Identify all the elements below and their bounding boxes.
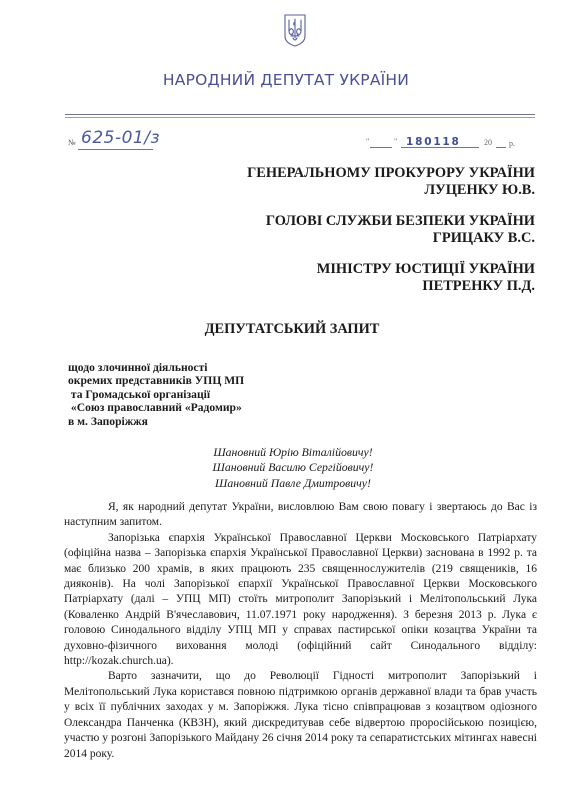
subject-block: щодо злочинної діяльності окремих предст… [68,361,244,428]
registration-date: " " 180118 20 р. [366,135,541,155]
addressee-position: ГЕНЕРАЛЬНОМУ ПРОКУРОРУ УКРАЇНИ [115,165,535,182]
letterhead-divider [65,114,535,118]
salutation-line: Шановний Василю Сергійовичу! [14,460,572,475]
salutation-line: Шановний Юрію Віталійовичу! [14,445,572,460]
day-blank [370,147,392,148]
subject-line: «Союз православний «Радомир» [68,401,244,414]
subject-line: в м. Запоріжжя [68,415,244,428]
document-title: ДЕПУТАТСЬКИЙ ЗАПИТ [0,321,572,338]
date-quote-open: " [366,137,369,146]
subject-line: та Громадської організації [68,388,244,401]
number-underline [78,149,153,150]
year-prefix: 20 [484,138,492,147]
addressee-prosecutor: ГЕНЕРАЛЬНОМУ ПРОКУРОРУ УКРАЇНИ ЛУЦЕНКУ Ю… [115,165,535,199]
letter-body: Я, як народний депутат України, висловлю… [64,500,537,762]
registration-number: № 625-01/з [68,127,268,153]
letterhead-title: НАРОДНИЙ ДЕПУТАТ УКРАЇНИ [0,71,572,89]
date-quote-close: " [394,137,397,146]
date-stamp: 180118 [406,136,461,148]
addressee-security-service: ГОЛОВІ СЛУЖБИ БЕЗПЕКИ УКРАЇНИ ГРИЦАКУ В.… [115,213,535,247]
addressee-name: ПЕТРЕНКУ П.Д. [115,278,535,295]
number-sign-label: № [68,138,76,147]
handwritten-number: 625-01/з [81,128,160,148]
addressee-name: ГРИЦАКУ В.С. [115,230,535,247]
salutation-block: Шановний Юрію Віталійовичу! Шановний Вас… [0,445,572,491]
body-paragraph-eparchy: Запорізька єпархія Української Православ… [64,531,537,670]
addressee-name: ЛУЦЕНКУ Ю.В. [115,182,535,199]
year-blank [496,147,506,148]
addressee-justice-minister: МІНІСТРУ ЮСТИЦІЇ УКРАЇНИ ПЕТРЕНКУ П.Д. [115,261,535,295]
trident-coat-of-arms-icon [284,14,306,47]
subject-line: окремих представників УПЦ МП [68,374,244,387]
addressee-position: ГОЛОВІ СЛУЖБИ БЕЗПЕКИ УКРАЇНИ [115,213,535,230]
addressee-position: МІНІСТРУ ЮСТИЦІЇ УКРАЇНИ [115,261,535,278]
subject-line: щодо злочинної діяльності [68,361,244,374]
year-suffix: р. [509,139,515,148]
addressee-block: ГЕНЕРАЛЬНОМУ ПРОКУРОРУ УКРАЇНИ ЛУЦЕНКУ Ю… [115,165,535,309]
body-paragraph-revolution: Варто зазначити, що до Революції Гідност… [64,669,537,761]
salutation-line: Шановний Павле Дмитровичу! [14,476,572,491]
body-paragraph-intro: Я, як народний депутат України, висловлю… [64,500,537,531]
